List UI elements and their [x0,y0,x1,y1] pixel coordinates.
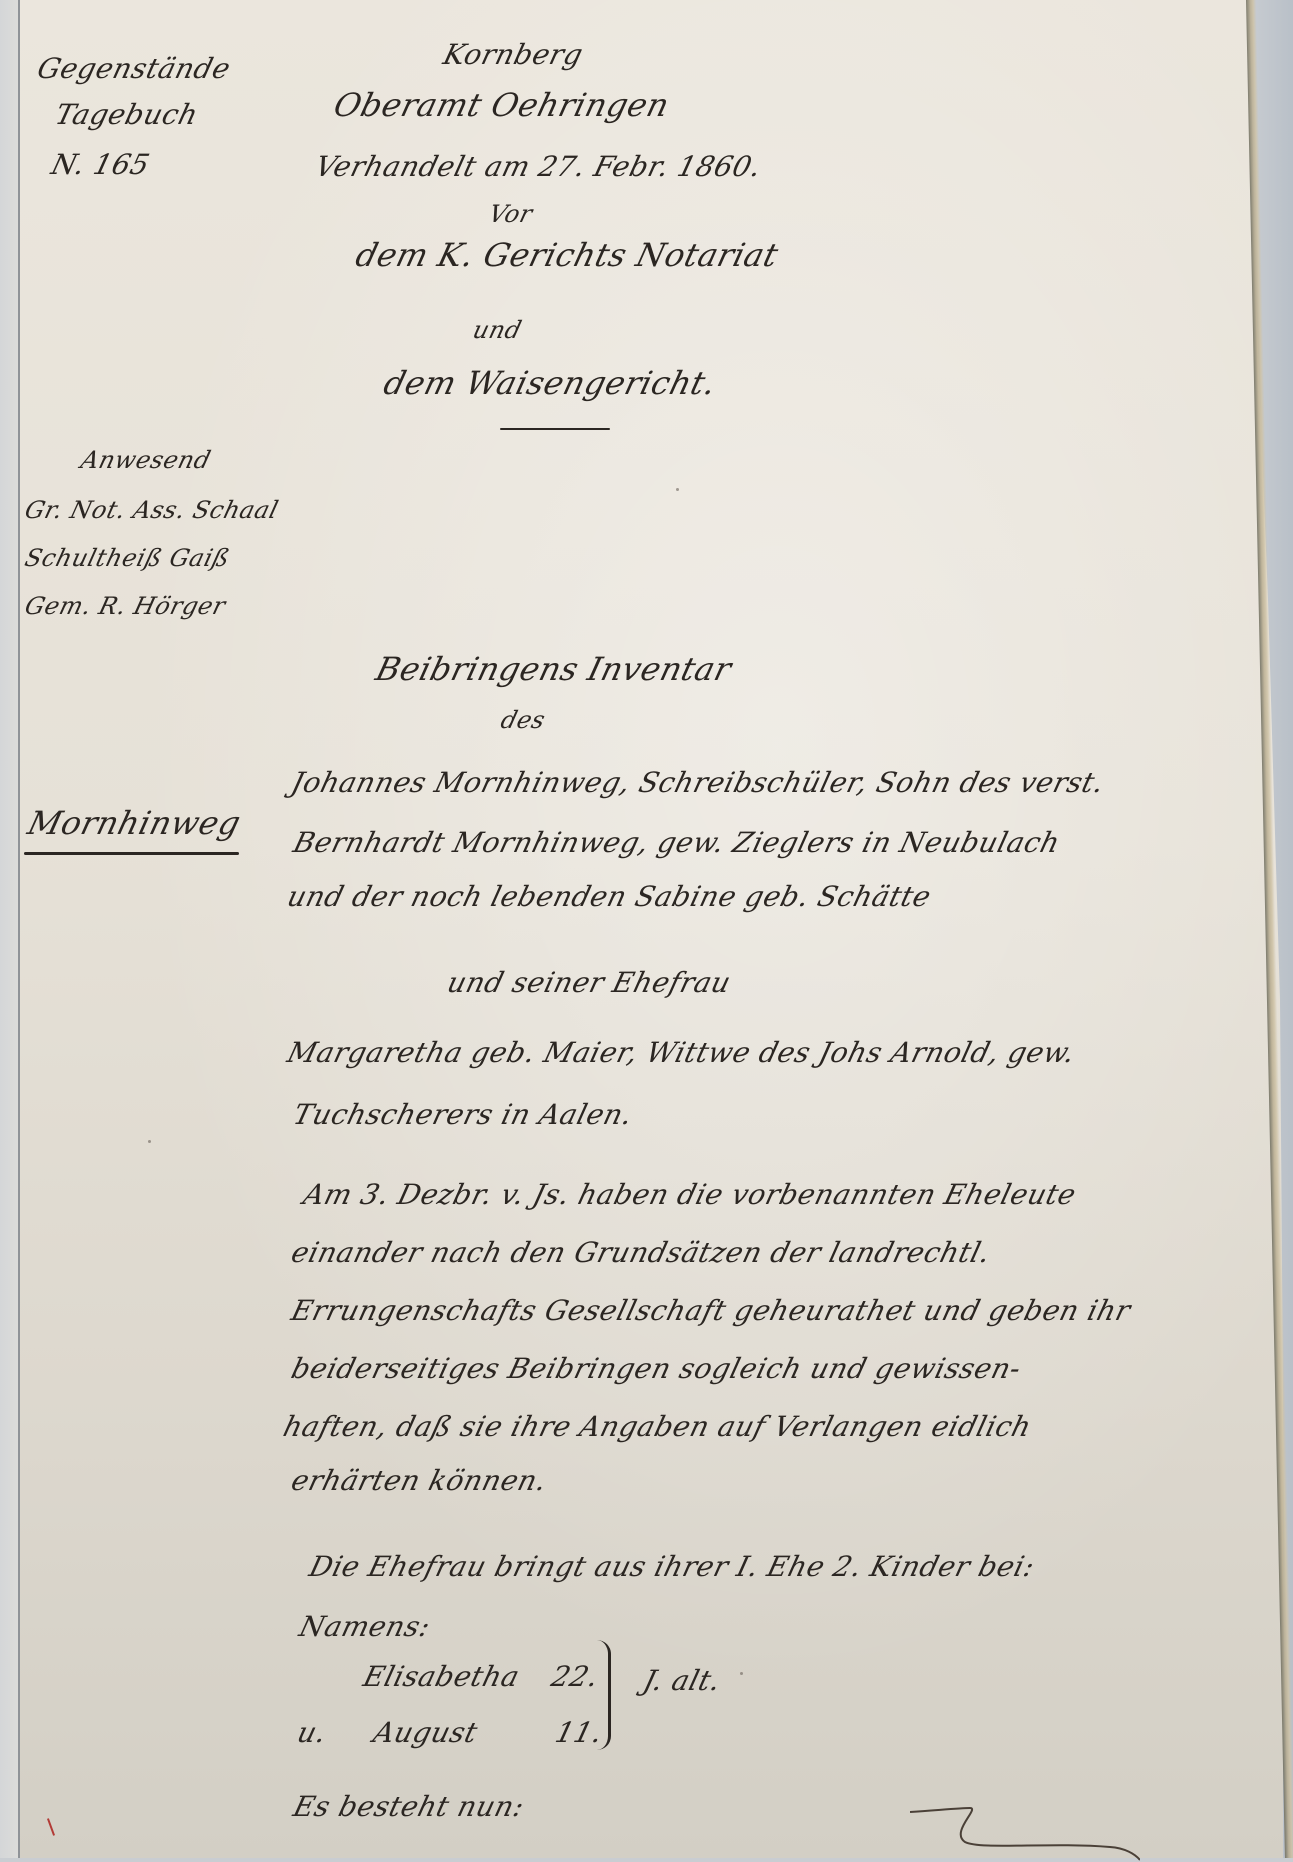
and-wife-line: und seiner Ehefrau [444,966,734,999]
party-line: und der noch lebenden Sabine geb. Schätt… [284,880,935,913]
surname-heading: Mornhinweg [24,804,245,842]
child-name: August [370,1716,481,1749]
register-note-line: Tagebuch [52,98,202,131]
party-line: Bernhardt Mornhinweg, gew. Zieglers in N… [290,826,1064,859]
present-label: Anwesend [78,446,214,474]
closing-flourish [910,1802,1140,1858]
surname-underline [24,852,239,855]
child-name: Elisabetha [360,1660,523,1693]
authority-waisengericht: dem Waisengericht. [380,364,720,402]
present-person: Gem. R. Hörger [22,592,229,620]
paper-speck [740,1672,743,1675]
district-name: Oberamt Oehringen [330,86,673,124]
title-of: des [498,706,548,734]
closing-line: Es besteht nun: [290,1790,528,1823]
paper-speck [676,488,679,491]
paragraph-line: Errungenschafts Gesellschaft geheurathet… [288,1294,1134,1327]
date-line: Verhandelt am 27. Febr. 1860. [312,150,765,183]
paragraph-line: Am 3. Dezbr. v. Js. haben die vorbenannt… [300,1178,1080,1211]
paragraph-line: einander nach den Grundsätzen der landre… [288,1236,994,1269]
paper-speck [148,1140,151,1143]
register-note-number: N. 165 [48,148,153,181]
binding-edge [18,0,20,1858]
wife-line: Margaretha geb. Maier, Wittwe des Johs A… [284,1036,1079,1069]
paragraph-line: erhärten können. [288,1464,550,1497]
paragraph-line: beiderseitiges Beibringen sogleich und g… [288,1352,1025,1385]
and-label: und [470,316,525,344]
present-person: Schultheiß Gaiß [22,544,233,572]
wife-line: Tuchscherers in Aalen. [290,1098,636,1131]
document-title: Beibringens Inventar [372,650,736,688]
header-underline [500,428,610,430]
children-intro-line: Namens: [296,1610,434,1643]
children-age-suffix: J. alt. [640,1664,724,1697]
place-name: Kornberg [440,38,586,71]
children-bracket [594,1640,611,1750]
authority-notariat: dem K. Gerichts Notariat [352,236,782,274]
paragraph-line: haften, daß sie ihre Angaben auf Verlang… [280,1410,1035,1443]
before-label: Vor [486,200,536,228]
present-person: Gr. Not. Ass. Schaal [22,496,281,524]
register-note-line: Gegenstände [34,52,234,85]
party-line: Johannes Mornhinweg, Schreibschüler, Soh… [288,766,1108,799]
children-intro-line: Die Ehefrau bringt aus ihrer I. Ehe 2. K… [306,1550,1038,1583]
